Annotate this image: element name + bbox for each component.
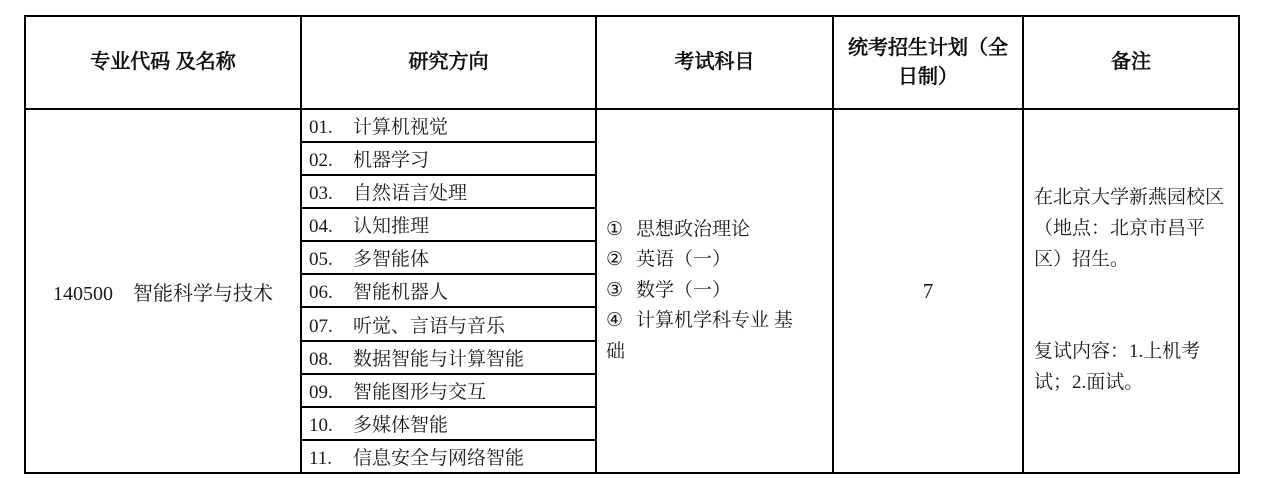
exam-subject-item: ④计算机学科专业 基础: [606, 306, 806, 367]
direction-number: 08.: [309, 349, 353, 371]
exam-subject-item: ③数学（一）: [606, 276, 806, 306]
header-row: 专业代码 及名称 研究方向 考试科目 统考招生计划（全日制） 备注: [25, 16, 1239, 109]
exam-subject-number: ④: [606, 306, 636, 336]
major-code-name-cell: 140500 智能科学与技术: [25, 109, 301, 473]
direction-number: 09.: [309, 382, 353, 404]
direction-number: 05.: [309, 249, 353, 271]
direction-number: 06.: [309, 282, 353, 304]
col-header-research-direction: 研究方向: [301, 16, 596, 109]
exam-subject-number: ②: [606, 245, 636, 275]
direction-number: 01.: [309, 117, 353, 139]
research-direction-cell: 08.数据智能与计算智能: [301, 341, 596, 374]
exam-subject-item: ①思想政治理论: [606, 215, 806, 245]
exam-subject-number: ①: [606, 215, 636, 245]
exam-subjects-list: ①思想政治理论 ②英语（一） ③数学（一） ④计算机学科专业 基础: [606, 215, 806, 367]
research-direction-cell: 09.智能图形与交互: [301, 374, 596, 407]
col-header-major-code-name: 专业代码 及名称: [25, 16, 301, 109]
remarks-cell: 在北京大学新燕园校区（地点：北京市昌平区）招生。 复试内容：1.上机考试；2.面…: [1023, 109, 1239, 473]
col-header-remarks: 备注: [1023, 16, 1239, 109]
direction-name: 信息安全与网络智能: [353, 448, 524, 469]
exam-subject-text: 英语（一）: [636, 249, 731, 270]
direction-name: 听觉、言语与音乐: [353, 316, 505, 337]
research-direction-cell: 10.多媒体智能: [301, 407, 596, 440]
direction-name: 智能机器人: [353, 282, 448, 303]
direction-name: 自然语言处理: [353, 183, 467, 204]
program-code-and-name: 140500 智能科学与技术: [53, 283, 273, 305]
exam-subjects-cell: ①思想政治理论 ②英语（一） ③数学（一） ④计算机学科专业 基础: [596, 109, 833, 473]
exam-subject-text: 思想政治理论: [636, 219, 750, 240]
direction-number: 07.: [309, 316, 353, 338]
research-direction-cell: 01.计算机视觉: [301, 109, 596, 142]
exam-subject-number: ③: [606, 276, 636, 306]
direction-name: 认知推理: [353, 216, 429, 237]
direction-number: 11.: [309, 448, 353, 470]
direction-name: 计算机视觉: [353, 117, 448, 138]
research-direction-cell: 04.认知推理: [301, 208, 596, 241]
direction-name: 数据智能与计算智能: [353, 349, 524, 370]
research-direction-cell: 11.信息安全与网络智能: [301, 440, 596, 473]
remark-campus-location: 在北京大学新燕园校区（地点：北京市昌平区）招生。: [1034, 183, 1230, 275]
direction-number: 02.: [309, 150, 353, 172]
direction-number: 04.: [309, 216, 353, 238]
exam-subject-item: ②英语（一）: [606, 245, 806, 275]
direction-name: 智能图形与交互: [353, 382, 486, 403]
document-page: 专业代码 及名称 研究方向 考试科目 统考招生计划（全日制） 备注 140500…: [0, 0, 1268, 497]
table-row: 140500 智能科学与技术 01.计算机视觉 ①思想政治理论 ②英语（一） ③…: [25, 109, 1239, 142]
direction-name: 机器学习: [353, 150, 429, 171]
direction-number: 03.: [309, 183, 353, 205]
research-direction-cell: 07.听觉、言语与音乐: [301, 307, 596, 340]
col-header-enrollment-plan: 统考招生计划（全日制）: [833, 16, 1023, 109]
research-direction-cell: 02.机器学习: [301, 142, 596, 175]
exam-subject-text: 数学（一）: [636, 280, 731, 301]
col-header-exam-subjects: 考试科目: [596, 16, 833, 109]
research-direction-cell: 06.智能机器人: [301, 274, 596, 307]
research-direction-cell: 05.多智能体: [301, 241, 596, 274]
admissions-table: 专业代码 及名称 研究方向 考试科目 统考招生计划（全日制） 备注 140500…: [24, 15, 1240, 474]
remark-retest-content: 复试内容：1.上机考试；2.面试。: [1034, 337, 1230, 399]
enrollment-plan-cell: 7: [833, 109, 1023, 473]
research-direction-cell: 03.自然语言处理: [301, 175, 596, 208]
direction-number: 10.: [309, 415, 353, 437]
direction-name: 多媒体智能: [353, 415, 448, 436]
direction-name: 多智能体: [353, 249, 429, 270]
